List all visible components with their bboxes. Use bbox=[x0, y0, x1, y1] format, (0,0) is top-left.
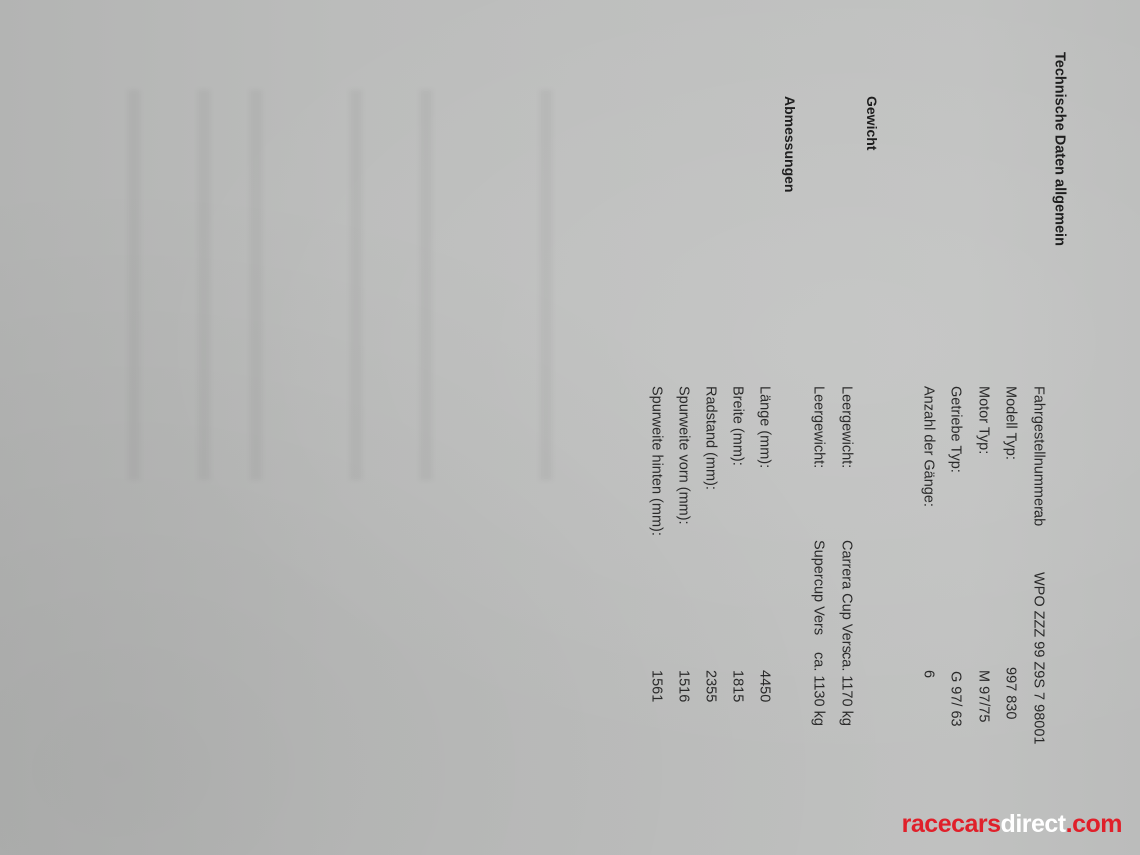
row-label-wheelbase: Radstand (mm): bbox=[703, 386, 718, 490]
row-label-length: Länge (mm): bbox=[757, 386, 772, 468]
row-label-chassis-number: Fahrgestellnummer: bbox=[1031, 386, 1046, 515]
bleed-through-mark bbox=[420, 90, 432, 480]
row-value-gear-count: 6 bbox=[921, 670, 936, 678]
bleed-through-mark bbox=[198, 90, 210, 480]
row-value-curb-weight-supercup: ca. 1130 kg bbox=[811, 652, 826, 726]
row-label-model-type: Modell Typ: bbox=[1003, 386, 1018, 460]
row-value-track-rear: 1561 bbox=[649, 670, 664, 702]
bleed-through-mark bbox=[540, 90, 552, 480]
document-title: Technische Daten allgemein bbox=[1052, 52, 1067, 246]
row-label-track-front: Spurweite vorn (mm): bbox=[676, 386, 691, 525]
row-label-width: Breite (mm): bbox=[730, 386, 745, 466]
row-value-length: 4450 bbox=[757, 670, 772, 702]
row-version-curb-weight-supercup: Supercup Vers bbox=[811, 540, 826, 635]
section-heading-dimensions: Abmessungen bbox=[783, 96, 797, 192]
row-value-width: 1815 bbox=[730, 670, 745, 702]
row-version-curb-weight-cup: Carrera Cup Vers. bbox=[839, 540, 854, 657]
row-value-engine-type: M 97/75 bbox=[976, 670, 991, 722]
logo-part-com: .com bbox=[1066, 810, 1122, 838]
row-label-engine-type: Motor Typ: bbox=[976, 386, 991, 454]
row-label-track-rear: Spurweite hinten (mm): bbox=[649, 386, 664, 536]
bleed-through-mark bbox=[350, 90, 362, 480]
scanned-paper bbox=[0, 0, 1140, 855]
row-value-wheelbase: 2355 bbox=[703, 670, 718, 702]
row-qualifier-chassis-number: ab bbox=[1031, 510, 1046, 526]
row-value-curb-weight-cup: ca. 1170 kg bbox=[839, 652, 854, 726]
bleed-through-mark bbox=[250, 90, 262, 480]
logo-part-direct: direct bbox=[1001, 810, 1066, 838]
row-label-gear-count: Anzahl der Gänge: bbox=[921, 386, 936, 507]
bleed-through-mark bbox=[128, 90, 140, 480]
row-value-model-type: 997 830 bbox=[1003, 667, 1018, 719]
section-heading-weight: Gewicht bbox=[865, 96, 879, 150]
row-value-track-front: 1516 bbox=[676, 670, 691, 702]
row-label-gearbox-type: Getriebe Typ: bbox=[948, 386, 963, 473]
logo-part-racecars: racecars bbox=[902, 810, 1001, 838]
row-label-curb-weight-supercup: Leergewicht: bbox=[811, 386, 826, 468]
row-value-chassis-number: WPO ZZZ 99 Z9S 7 98001 bbox=[1031, 572, 1046, 744]
row-value-gearbox-type: G 97/ 63 bbox=[948, 671, 963, 727]
row-label-curb-weight-cup: Leergewicht: bbox=[839, 386, 854, 468]
racecarsdirect-watermark-logo: racecarsdirect.com bbox=[902, 810, 1122, 839]
